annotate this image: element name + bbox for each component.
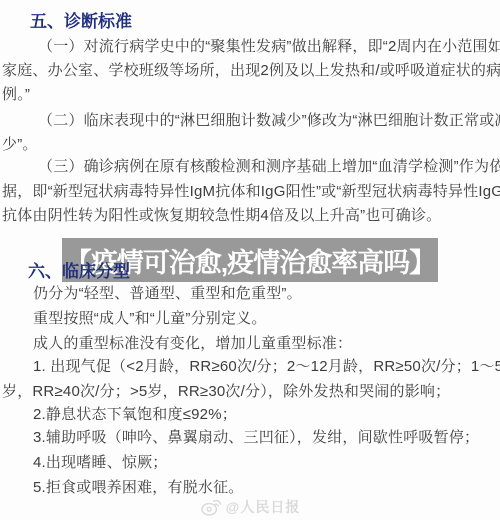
text-line: 2.静息状态下氧饱和度≤92%； xyxy=(33,404,237,426)
text-line: 重型按照“成人”和“儿童”分别定义。 xyxy=(33,308,267,330)
section-heading: 六、临床分型 xyxy=(28,261,130,283)
text-line: （一）对流行病学史中的“聚集性发病”做出解释，即“2周内在小范围如 xyxy=(38,36,500,58)
text-line: 岁，RR≥40次/分；>5岁，RR≥30次/分），除外发热和哭闹的影响； xyxy=(2,381,450,403)
text-line: 例。” xyxy=(2,84,30,106)
text-line: （二）临床表现中的“淋巴细胞计数减少”修改为“淋巴细胞计数正常或减 xyxy=(38,110,500,132)
text-line: 4.出现嗜睡、惊厥； xyxy=(33,452,168,474)
text-line: 少”。 xyxy=(2,134,38,156)
watermark: @人民日报 xyxy=(0,497,500,517)
text-line: 3.辅助呼吸（呻吟、鼻翼扇动、三凹征），发绀，间歇性呼吸暂停； xyxy=(33,427,479,449)
text-line: 成人的重型标准没有变化，增加儿童重型标准： xyxy=(33,333,352,355)
weibo-icon xyxy=(200,498,222,516)
document-page: 五、诊断标准六、临床分型 （一）对流行病学史中的“聚集性发病”做出解释，即“2周… xyxy=(0,0,500,520)
watermark-handle: @人民日报 xyxy=(226,497,301,517)
text-line: 仍分为“轻型、普通型、重型和危重型”。 xyxy=(33,283,302,305)
text-line: （三）确诊病例在原有核酸检测和测序基础上增加“血清学检测”作为依 xyxy=(38,156,500,178)
text-line: 家庭、办公室、学校班级等场所，出现2例及以上发热和/或呼吸道症状的病 xyxy=(2,60,500,82)
text-line: 5.拒食或喂养困难，有脱水征。 xyxy=(33,477,244,499)
text-line: 抗体由阴性转为阳性或恢复期较急性期4倍及以上升高”也可确诊。 xyxy=(2,205,441,227)
section-heading: 五、诊断标准 xyxy=(30,11,132,33)
text-line: 1. 出现气促（<2月龄，RR≥60次/分；2～12月龄，RR≥50次/分；1～… xyxy=(33,356,500,378)
text-line: 据，即“新型冠状病毒特异性IgM抗体和IgG阳性”或“新型冠状病毒特异性IgG xyxy=(2,181,500,203)
